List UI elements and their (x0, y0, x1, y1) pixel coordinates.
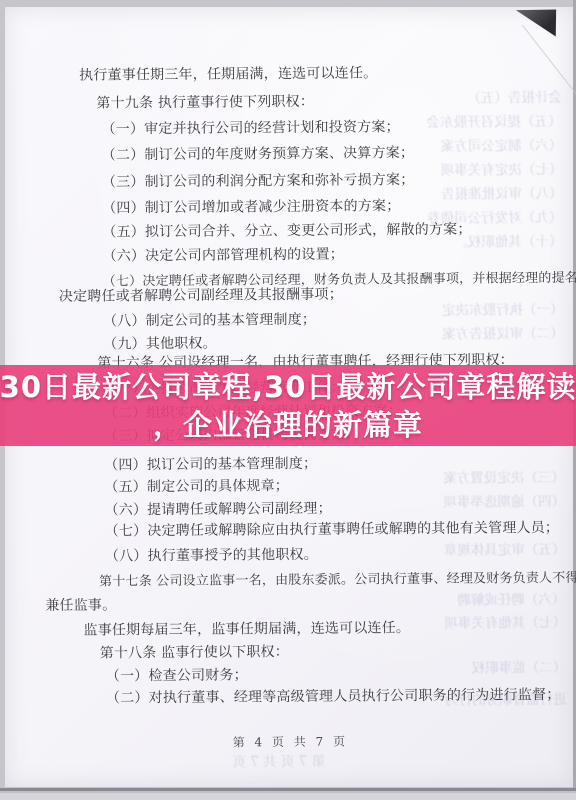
bleedthrough-line: （二）监事职权 (471, 656, 566, 677)
doc-line: 执行董事任期三年，任期届满，连选可以连任。 (79, 62, 377, 84)
doc-line: 第十九条 执行董事行使下列职权： (96, 91, 314, 113)
page-number: 第 4 页 共 7 页 (2, 731, 576, 753)
scan-background-strip (0, 793, 576, 800)
doc-line: 第十七条 公司设立监事一名，由股东委派。公司执行董事、经理及财务负责人不得 (99, 567, 576, 590)
bleedthrough-line: （四）逾期选举事项 (443, 490, 565, 511)
doc-line: （九）其他职权。 (103, 333, 217, 354)
doc-line: （八）制定公司的基本管理制度； (103, 309, 316, 331)
bleedthrough-line: （七）其他有关事项 (444, 611, 566, 632)
title-overlay-banner: 30日最新公司章程,30日最新公司章程解读 ，企业治理的新篇章 (0, 365, 576, 446)
bleedthrough-line: 会计报告（五） (467, 86, 562, 107)
doc-line: （六）决定公司内部管理机构的设置； (102, 244, 344, 266)
bleedthrough-line: （五）审定具体规章 (443, 538, 565, 559)
doc-line: （五）拟订公司合并、分立、变更公司形式，解散的方案； (102, 219, 471, 242)
doc-line: （五）制定公司的具体规章； (104, 475, 289, 496)
overlay-title-line1: 30日最新公司章程,30日最新公司章程解读 (0, 369, 576, 405)
bleedthrough-line: （七）决定有关事项 (440, 158, 562, 179)
doc-line: （三）制订公司的利润分配方案和弥补亏损方案； (102, 169, 415, 191)
overlay-title-line2: ，企业治理的新篇章 (153, 407, 423, 443)
bleedthrough-line: （二）审议报告方案 (442, 322, 564, 343)
doc-line: 兼任监事。 (45, 594, 116, 615)
bleedthrough-line: （一）执行股东决定 (441, 298, 563, 319)
doc-line: （四）拟订公司的基本管理制度； (104, 453, 317, 475)
doc-line: （一）检查公司财务； (106, 664, 248, 685)
bleedthrough-text-layer: 会计报告（五）（五）提议召开股东会（六）制定公司方案（七）决定有关事项（八）审议… (0, 0, 573, 2)
bleedthrough-line: 第 7 页 共 7 页 (232, 750, 325, 771)
scanned-document-screenshot: 会计报告（五）（五）提议召开股东会（六）制定公司方案（七）决定有关事项（八）审议… (0, 0, 576, 800)
bleedthrough-line: （六）制定公司方案 (440, 134, 562, 155)
doc-line: （二）对执行董事、经理等高级管理人员执行公司职务的行为进行监督； (106, 684, 561, 708)
doc-line: （七）决定聘任或解聘除应由执行董事聘任或解聘的其他有关管理人员； (105, 517, 560, 541)
bleedthrough-line: （六）聘任或解聘 (457, 588, 565, 609)
bleedthrough-line: （五）提议召开股东会 (426, 110, 561, 131)
doc-line: 第十八条 监事行使以下职权： (100, 641, 289, 662)
document-text-layer: 执行董事任期三年，任期届满，连选可以连任。第十九条 执行董事行使下列职权：（一）… (0, 0, 573, 2)
doc-line: （二）制订公司的年度财务预算方案、决算方案； (102, 142, 415, 164)
doc-line: 监事任期每届三年，监事任期届满，连选可以连任。 (83, 617, 410, 640)
doc-line: 决定聘任或者解聘公司副经理及其报酬事项； (59, 284, 343, 306)
bleedthrough-line: （八）审议批准报告 (440, 182, 562, 203)
doc-line: （六）提请聘任或解聘公司副经理； (104, 498, 331, 520)
doc-line: （八）执行董事授予的其他职权。 (105, 544, 318, 566)
bleedthrough-line: （三）决定设置方案 (443, 466, 565, 487)
doc-line: （一）审定并执行公司的经营计划和投资方案； (101, 116, 399, 138)
doc-line: （四）制订公司增加或者减少注册资本的方案； (102, 195, 400, 217)
